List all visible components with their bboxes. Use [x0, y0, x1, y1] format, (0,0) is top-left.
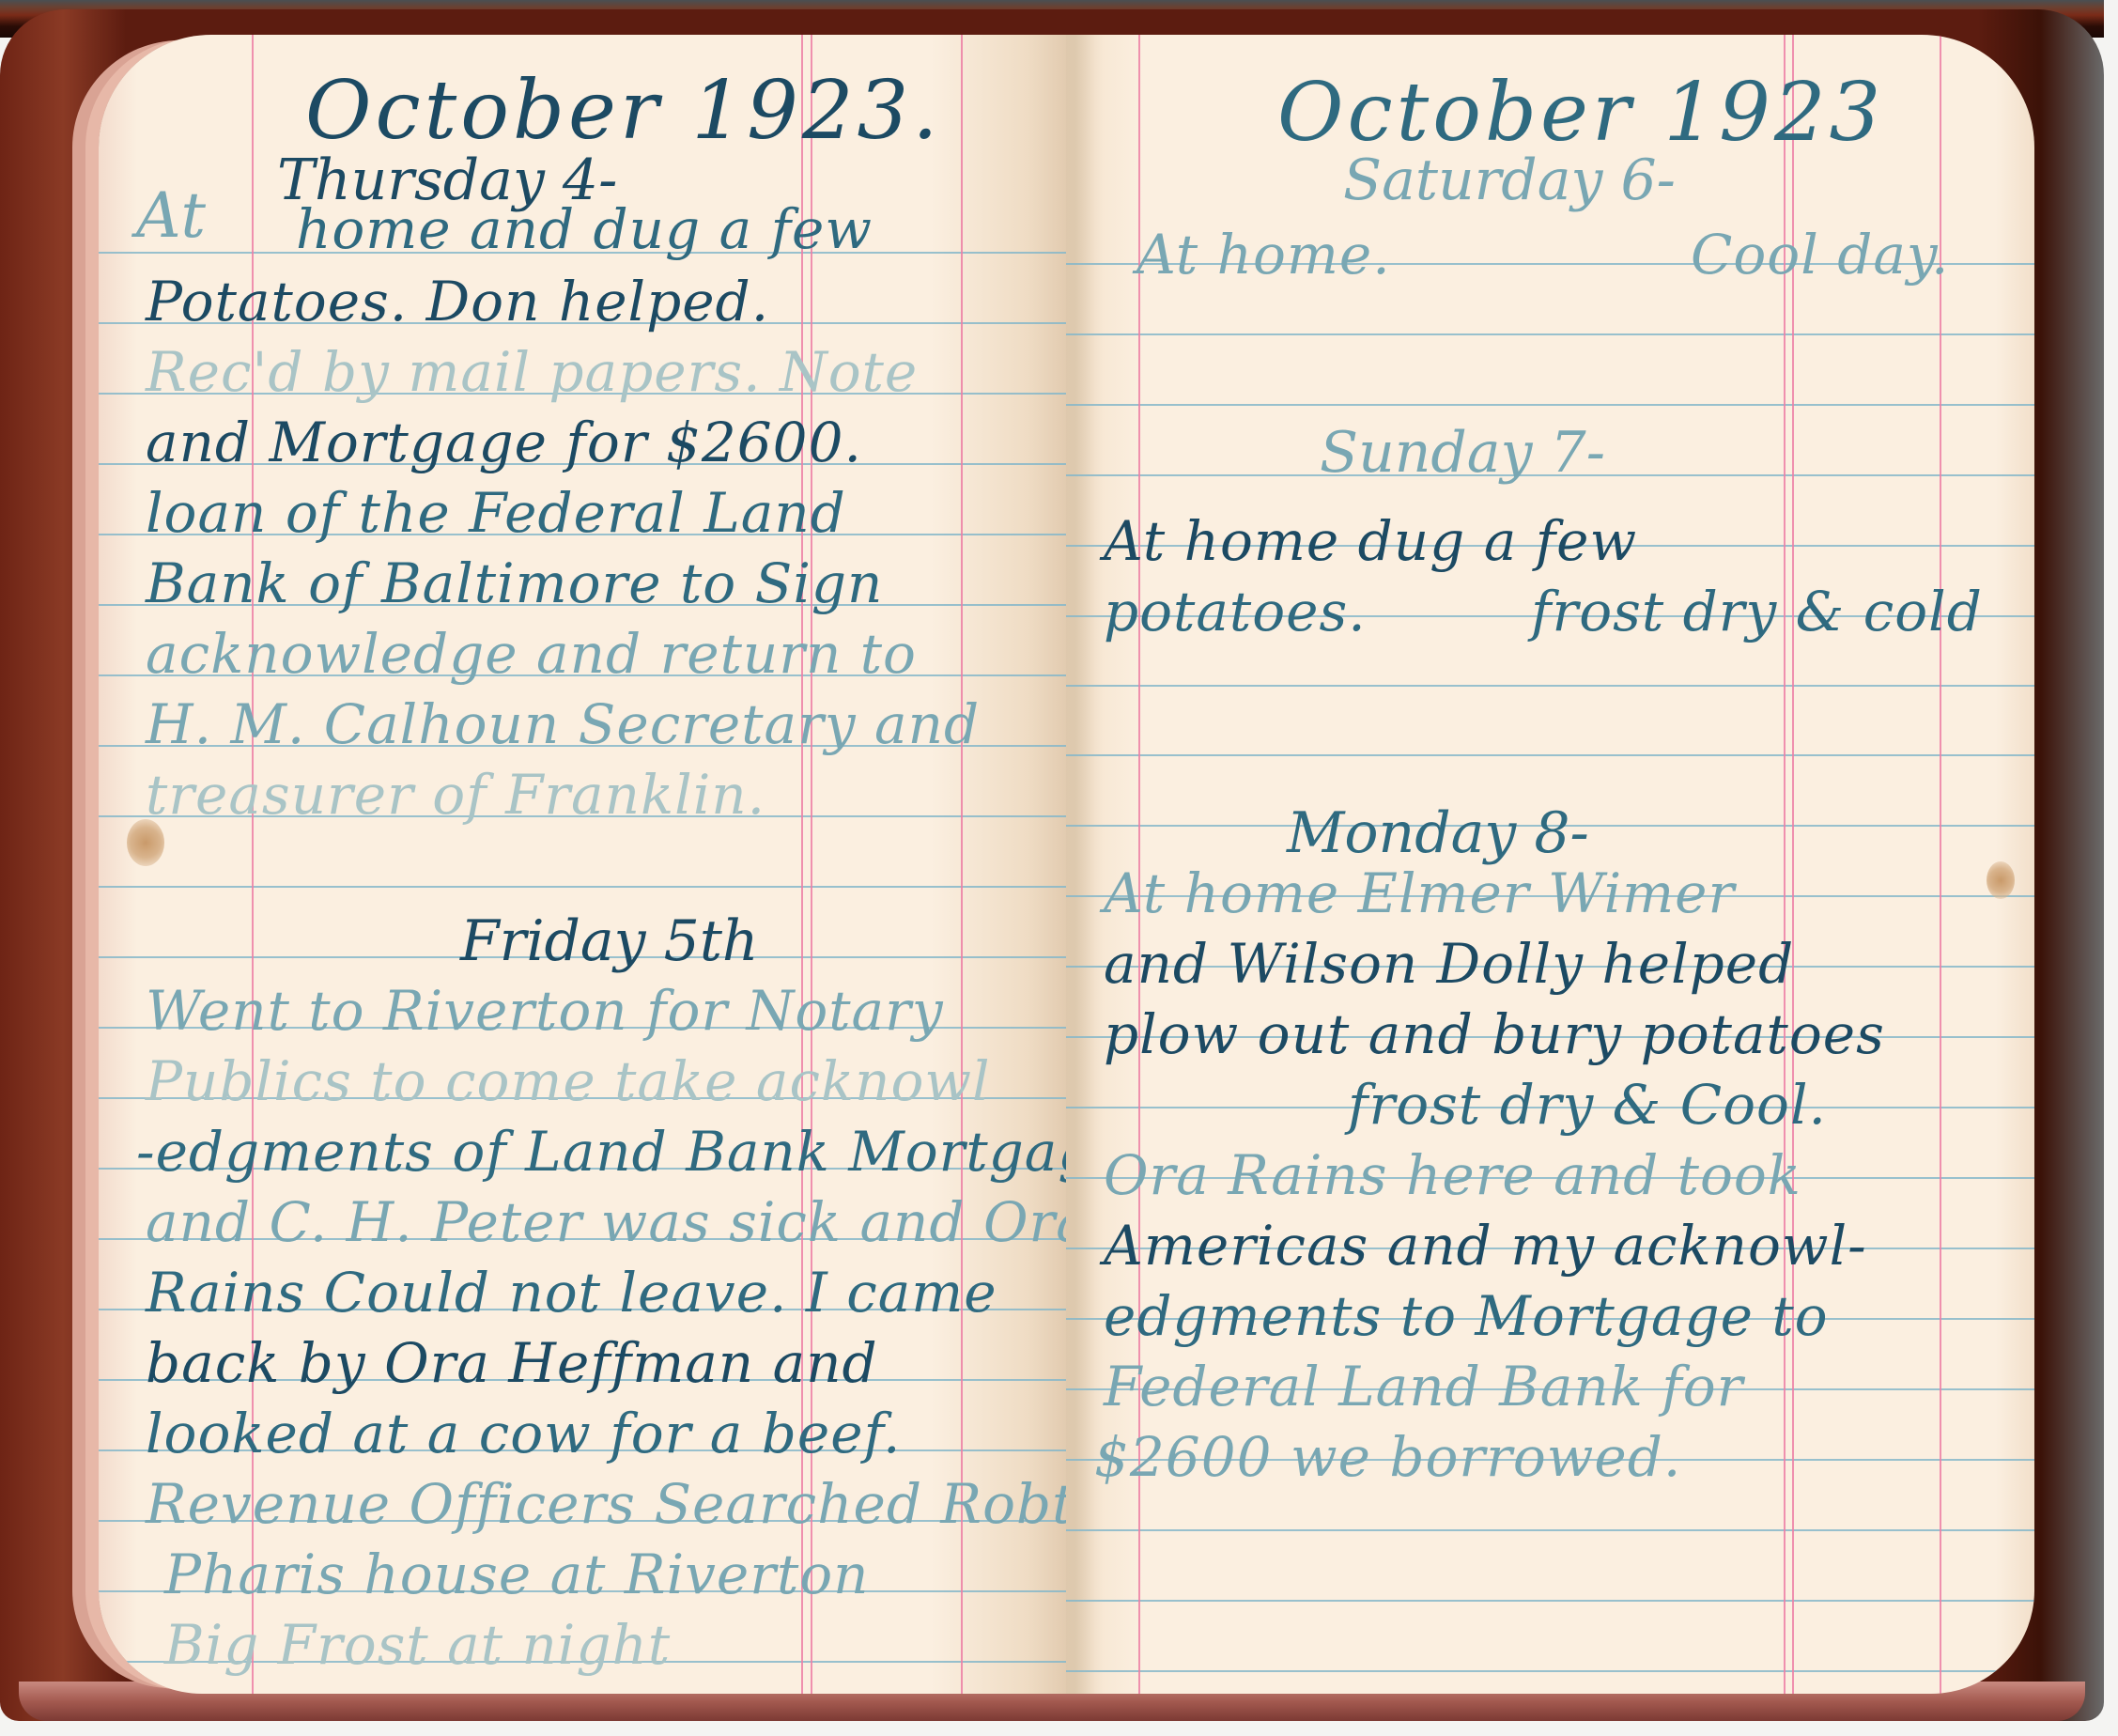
- ruled-line: [99, 886, 1066, 888]
- entry-line: H. M. Calhoun Secretary and: [146, 697, 980, 752]
- ruled-line: [1066, 1670, 2034, 1672]
- entry-line: loan of the Federal Land: [146, 486, 846, 540]
- entry-line: Rec'd by mail papers. Note: [146, 345, 918, 399]
- entry-heading: Friday 5th: [460, 913, 759, 969]
- entry-line: edgments to Mortgage to: [1104, 1289, 1829, 1343]
- entry-line: Americas and my acknowl-: [1104, 1218, 1867, 1273]
- right-page: October 1923 Saturday 6- At home. Cool d…: [1066, 35, 2034, 1694]
- entry-line: home and dug a few: [296, 202, 873, 256]
- entry-line: back by Ora Heffman and: [146, 1336, 878, 1390]
- entry-line: $2600 we borrowed.: [1094, 1430, 1681, 1484]
- entry-line: frost dry & cold: [1531, 584, 1983, 639]
- ruled-line: [1066, 754, 2034, 756]
- entry-line: Publics to come take acknowl: [146, 1054, 991, 1108]
- entry-line: At: [136, 185, 207, 247]
- entry-line: plow out and bury potatoes: [1104, 1007, 1885, 1062]
- entry-line: and Mortgage for $2600.: [146, 415, 862, 470]
- entry-line: Revenue Officers Searched Robt: [146, 1477, 1066, 1531]
- entry-line: treasurer of Franklin.: [146, 767, 765, 822]
- entry-line: Bank of Baltimore to Sign: [146, 556, 883, 611]
- left-page: October 1923. Thursday 4- At home and du…: [99, 35, 1066, 1694]
- entry-line: Ora Rains here and took: [1104, 1148, 1801, 1202]
- entry-line: Went to Riverton for Notary: [146, 984, 944, 1038]
- ruled-line: [1066, 1529, 2034, 1531]
- ruled-line: [1066, 685, 2034, 687]
- entry-line: At home dug a few: [1104, 514, 1637, 568]
- entry-line: Pharis house at Riverton: [164, 1547, 870, 1602]
- entry-line: frost dry & Cool.: [1348, 1077, 1827, 1132]
- entry-line: potatoes.: [1104, 584, 1367, 639]
- ruled-line: [1066, 333, 2034, 335]
- entry-line: Cool day.: [1691, 227, 1949, 282]
- page-title: October 1923.: [305, 70, 942, 151]
- margin-rule: [961, 35, 963, 1694]
- entry-line: Big Frost at night: [164, 1618, 671, 1672]
- entry-line: and C. H. Peter was sick and Ora: [146, 1195, 1066, 1249]
- entry-line: Federal Land Bank for: [1104, 1359, 1743, 1414]
- entry-heading: Monday 8-: [1287, 805, 1589, 861]
- page-title: October 1923: [1277, 72, 1884, 153]
- entry-line: acknowledge and return to: [146, 627, 917, 681]
- entry-line: looked at a cow for a beef.: [146, 1406, 901, 1461]
- entry-line: Potatoes. Don helped.: [146, 274, 769, 329]
- entry-line: -edgments of Land Bank Mortgage: [136, 1124, 1066, 1179]
- entry-heading: Sunday 7-: [1320, 425, 1605, 481]
- ruled-line: [1066, 1600, 2034, 1602]
- ink-stain: [1987, 861, 2015, 899]
- entry-line: At home.: [1136, 227, 1391, 282]
- entry-line: Rains Could not leave. I came: [146, 1265, 997, 1320]
- entry-heading: Saturday 6-: [1343, 152, 1676, 209]
- entry-line: At home Elmer Wimer: [1104, 866, 1735, 921]
- ruled-line: [1066, 404, 2034, 406]
- entry-line: and Wilson Dolly helped: [1104, 937, 1794, 991]
